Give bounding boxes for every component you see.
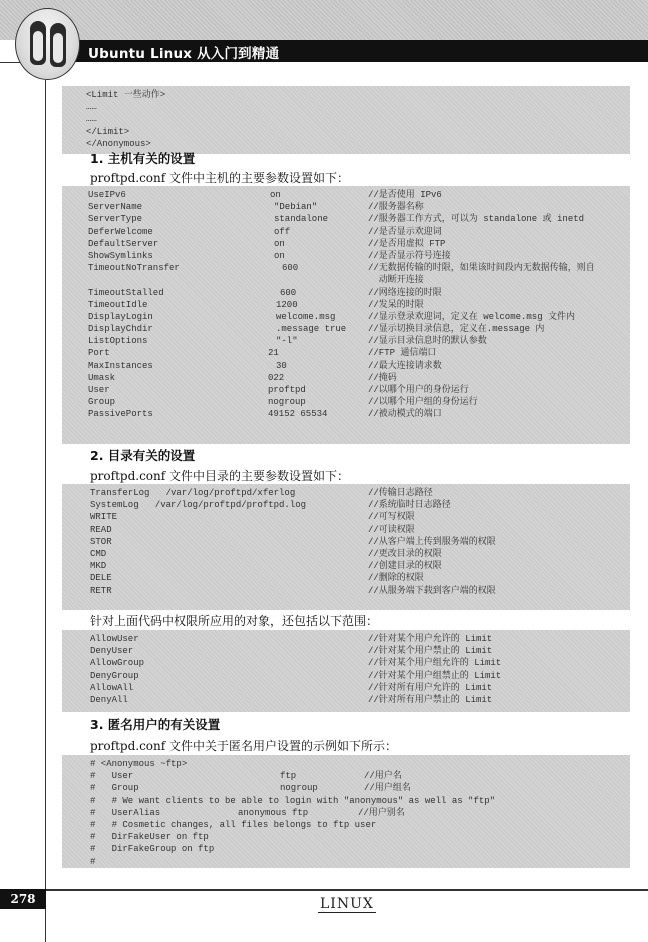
- config-row: MKD//创建目录的权限: [62, 560, 630, 572]
- footer-rule: [46, 889, 648, 891]
- code-line: </Limit>: [62, 126, 630, 138]
- config-row: DisplayChdir.message true//显示切换目录信息，定义在.…: [62, 323, 630, 335]
- config-row: Umask022//掩码: [62, 372, 630, 384]
- config-row: ListOptions"-l"//显示目录信息时的默认参数: [62, 335, 630, 347]
- code-line: ……: [62, 113, 630, 125]
- config-row: RETR//从服务端下载到客户端的权限: [62, 585, 630, 597]
- page-number: 278: [0, 889, 46, 909]
- config-row: Groupnogroup//以哪个用户组的身份运行: [62, 396, 630, 408]
- section-intro-anonymous: proftpd.conf 文件中关于匿名用户设置的示例如下所示：: [90, 737, 397, 754]
- config-row: PassivePorts49152 65534//被动模式的端口: [62, 408, 630, 420]
- code-block-host-settings: UseIPv6on//是否使用 IPv6 ServerName"Debian"/…: [62, 186, 630, 444]
- config-row: # # We want clients to be able to login …: [62, 795, 630, 807]
- penguin-logo-icon: [15, 8, 80, 80]
- linux-footer-logo: LINUX: [318, 896, 376, 913]
- config-row-continuation: 动断开连接: [62, 274, 630, 286]
- config-row: AllowUser//针对某个用户允许的 Limit: [62, 633, 630, 645]
- config-row: DenyGroup//针对某个用户组禁止的 Limit: [62, 670, 630, 682]
- config-row: READ//可读权限: [62, 524, 630, 536]
- book-title-bar: Ubuntu Linux 从入门到精通: [60, 40, 648, 62]
- margin-rule: [45, 80, 46, 942]
- section-heading-host: 1. 主机有关的设置: [90, 149, 195, 167]
- penguin-icon: [30, 21, 46, 65]
- config-row: TimeoutIdle1200//发呆的时限: [62, 299, 630, 311]
- code-block-anonymous-settings: # <Anonymous ~ftp> # Userftp//用户名 # Grou…: [62, 755, 630, 868]
- config-row: TransferLog /var/log/proftpd/xferlog//传输…: [62, 487, 630, 499]
- config-row: SystemLog /var/log/proftpd/proftpd.log//…: [62, 499, 630, 511]
- code-line: <Limit 一些动作>: [62, 89, 630, 101]
- code-block-directory-settings: TransferLog /var/log/proftpd/xferlog//传输…: [62, 484, 630, 610]
- config-row: UseIPv6on//是否使用 IPv6: [62, 189, 630, 201]
- config-row: DefaultServeron//是否用虚拟 FTP: [62, 238, 630, 250]
- scope-intro: 针对上面代码中权限所应用的对象，还包括以下范围：: [90, 612, 378, 629]
- config-row: # DirFakeGroup on ftp: [62, 843, 630, 855]
- header-texture-band: [0, 0, 648, 40]
- config-row: Userproftpd//以哪个用户的身份运行: [62, 384, 630, 396]
- config-row: AllowGroup//针对某个用户组允许的 Limit: [62, 657, 630, 669]
- config-row: # Groupnogroup//用户组名: [62, 782, 630, 794]
- config-row: CMD//更改目录的权限: [62, 548, 630, 560]
- config-row: ServerTypestandalone//服务器工作方式，可以为 standa…: [62, 213, 630, 225]
- section-intro-directory: proftpd.conf 文件中目录的主要参数设置如下：: [90, 467, 349, 484]
- config-row: WRITE//可写权限: [62, 511, 630, 523]
- config-row: STOR//从客户端上传到服务端的权限: [62, 536, 630, 548]
- penguin-icon: [50, 23, 66, 67]
- config-row: Port21//FTP 通信端口: [62, 347, 630, 359]
- config-row: AllowAll//针对所有用户允许的 Limit: [62, 682, 630, 694]
- section-heading-directory: 2. 目录有关的设置: [90, 446, 195, 464]
- config-row: # # Cosmetic changes, all files belongs …: [62, 819, 630, 831]
- config-row: # <Anonymous ~ftp>: [62, 758, 630, 770]
- config-row: #: [62, 856, 630, 868]
- code-block-limit-scope: AllowUser//针对某个用户允许的 Limit DenyUser//针对某…: [62, 630, 630, 712]
- config-row: ShowSymlinkson//是否显示符号连接: [62, 250, 630, 262]
- config-row: DisplayLoginwelcome.msg//显示登录欢迎词，定义在 wel…: [62, 311, 630, 323]
- book-title: Ubuntu Linux 从入门到精通: [88, 42, 279, 62]
- config-row: MaxInstances30//最大连接请求数: [62, 360, 630, 372]
- config-row: DeferWelcomeoff//是否显示欢迎词: [62, 226, 630, 238]
- config-row: DELE//删除的权限: [62, 572, 630, 584]
- config-row: DenyUser//针对某个用户禁止的 Limit: [62, 645, 630, 657]
- config-row: DenyAll//针对所有用户禁止的 Limit: [62, 694, 630, 706]
- code-block-limit: <Limit 一些动作> …… …… </Limit> </Anonymous>: [62, 86, 630, 154]
- config-row: TimeoutNoTransfer600//无数据传输的时限，如果该时间段内无数…: [62, 262, 630, 274]
- code-line: ……: [62, 101, 630, 113]
- config-row: # DirFakeUser on ftp: [62, 831, 630, 843]
- section-intro-host: proftpd.conf 文件中主机的主要参数设置如下：: [90, 169, 349, 186]
- section-heading-anonymous: 3. 匿名用户的有关设置: [90, 715, 220, 733]
- config-row: # UserAliasanonymous ftp//用户别名: [62, 807, 630, 819]
- config-row: TimeoutStalled600//网络连接的时限: [62, 287, 630, 299]
- config-row: ServerName"Debian"//服务器名称: [62, 201, 630, 213]
- config-row: # Userftp//用户名: [62, 770, 630, 782]
